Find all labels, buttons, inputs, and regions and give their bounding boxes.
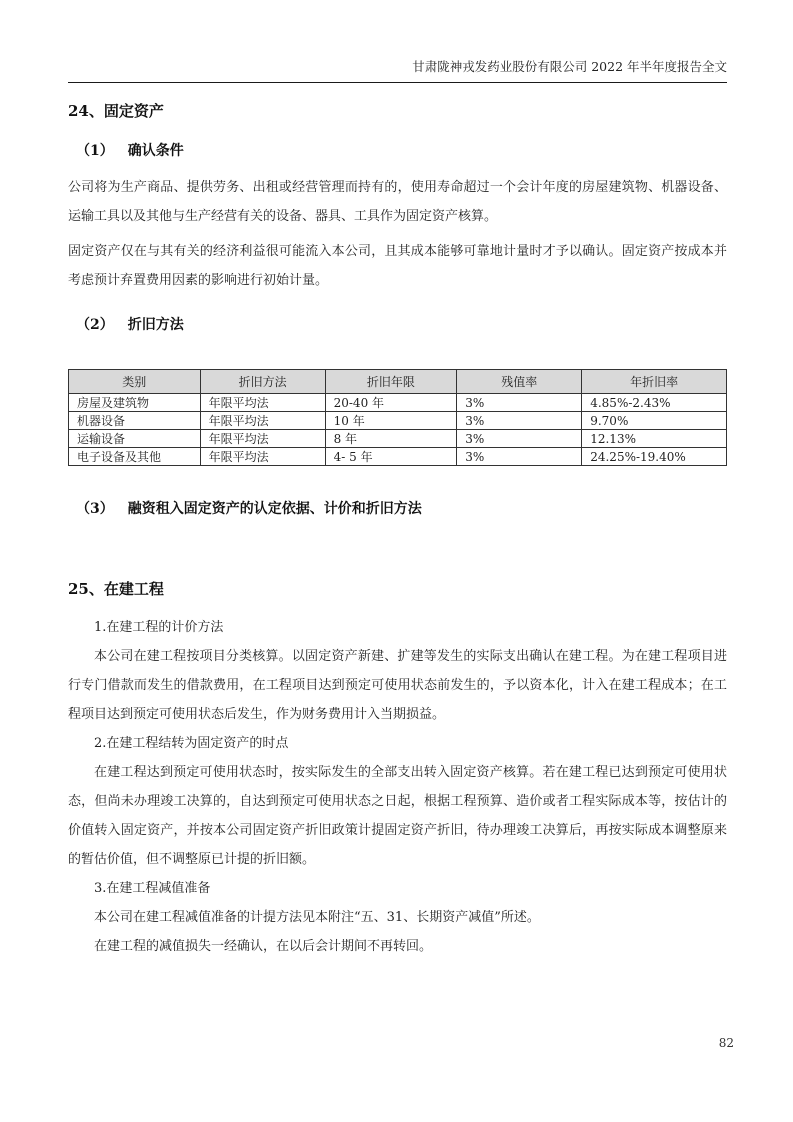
recognition-paragraph-1: 公司将为生产商品、提供劳务、出租或经营管理而持有的，使用寿命超过一个会计年度的房… [68, 173, 727, 231]
table-cell: 8 年 [325, 430, 457, 448]
table-row: 运输设备 年限平均法 8 年 3% 12.13% [69, 430, 727, 448]
table-cell: 20-40 年 [325, 394, 457, 412]
cip-item-3-title: 3.在建工程减值准备 [68, 874, 727, 903]
section-24-3-number: （3） [76, 501, 114, 517]
table-cell: 4.85%-2.43% [582, 394, 727, 412]
section-24-1-number: （1） [76, 143, 114, 159]
table-cell: 10 年 [325, 412, 457, 430]
table-cell: 运输设备 [69, 430, 201, 448]
table-cell: 3% [457, 412, 582, 430]
table-header-category: 类别 [69, 370, 201, 394]
cip-item-3-paragraph-2: 在建工程的减值损失一经确认，在以后会计期间不再转回。 [68, 932, 727, 961]
table-cell: 机器设备 [69, 412, 201, 430]
section-24-1-heading: （1）确认条件 [68, 142, 727, 161]
table-cell: 年限平均法 [200, 448, 325, 466]
section-24-1-title: 确认条件 [128, 143, 184, 159]
table-row: 机器设备 年限平均法 10 年 3% 9.70% [69, 412, 727, 430]
cip-item-3-paragraph-1: 本公司在建工程减值准备的计提方法见本附注“五、31、长期资产减值”所述。 [68, 903, 727, 932]
table-header-annual-rate: 年折旧率 [582, 370, 727, 394]
table-cell: 年限平均法 [200, 430, 325, 448]
table-cell: 房屋及建筑物 [69, 394, 201, 412]
table-header-life: 折旧年限 [325, 370, 457, 394]
table-cell: 3% [457, 394, 582, 412]
table-cell: 9.70% [582, 412, 727, 430]
table-header-residual-rate: 残值率 [457, 370, 582, 394]
section-24-3-heading: （3）融资租入固定资产的认定依据、计价和折旧方法 [68, 500, 727, 519]
cip-item-2-title: 2.在建工程结转为固定资产的时点 [68, 729, 727, 758]
table-header-row: 类别 折旧方法 折旧年限 残值率 年折旧率 [69, 370, 727, 394]
document-header: 甘肃陇神戎发药业股份有限公司 2022 年半年度报告全文 [68, 58, 727, 83]
document-header-title: 甘肃陇神戎发药业股份有限公司 2022 年半年度报告全文 [412, 59, 727, 74]
page-number: 82 [719, 1036, 734, 1050]
table-cell: 年限平均法 [200, 394, 325, 412]
table-header-method: 折旧方法 [200, 370, 325, 394]
section-24-2-title: 折旧方法 [128, 317, 184, 333]
table-cell: 4- 5 年 [325, 448, 457, 466]
table-cell: 年限平均法 [200, 412, 325, 430]
section-25-heading: 25、在建工程 [68, 579, 727, 599]
table-cell: 24.25%-19.40% [582, 448, 727, 466]
cip-item-1-title: 1.在建工程的计价方法 [68, 613, 727, 642]
table-cell: 电子设备及其他 [69, 448, 201, 466]
cip-item-2-paragraph: 在建工程达到预定可使用状态时，按实际发生的全部支出转入固定资产核算。若在建工程已… [68, 758, 727, 874]
section-24-2-heading: （2）折旧方法 [68, 316, 727, 335]
section-24-3-title: 融资租入固定资产的认定依据、计价和折旧方法 [128, 501, 422, 517]
section-24-2-number: （2） [76, 317, 114, 333]
section-24-heading: 24、固定资产 [68, 101, 727, 121]
table-cell: 12.13% [582, 430, 727, 448]
cip-item-1-paragraph: 本公司在建工程按项目分类核算。以固定资产新建、扩建等发生的实际支出确认在建工程。… [68, 642, 727, 729]
table-cell: 3% [457, 430, 582, 448]
recognition-paragraph-2: 固定资产仅在与其有关的经济利益很可能流入本公司，且其成本能够可靠地计量时才予以确… [68, 237, 727, 295]
report-page: 甘肃陇神戎发药业股份有限公司 2022 年半年度报告全文 24、固定资产 （1）… [0, 0, 793, 1122]
table-row: 房屋及建筑物 年限平均法 20-40 年 3% 4.85%-2.43% [69, 394, 727, 412]
depreciation-table: 类别 折旧方法 折旧年限 残值率 年折旧率 房屋及建筑物 年限平均法 20-40… [68, 369, 727, 466]
table-cell: 3% [457, 448, 582, 466]
table-row: 电子设备及其他 年限平均法 4- 5 年 3% 24.25%-19.40% [69, 448, 727, 466]
